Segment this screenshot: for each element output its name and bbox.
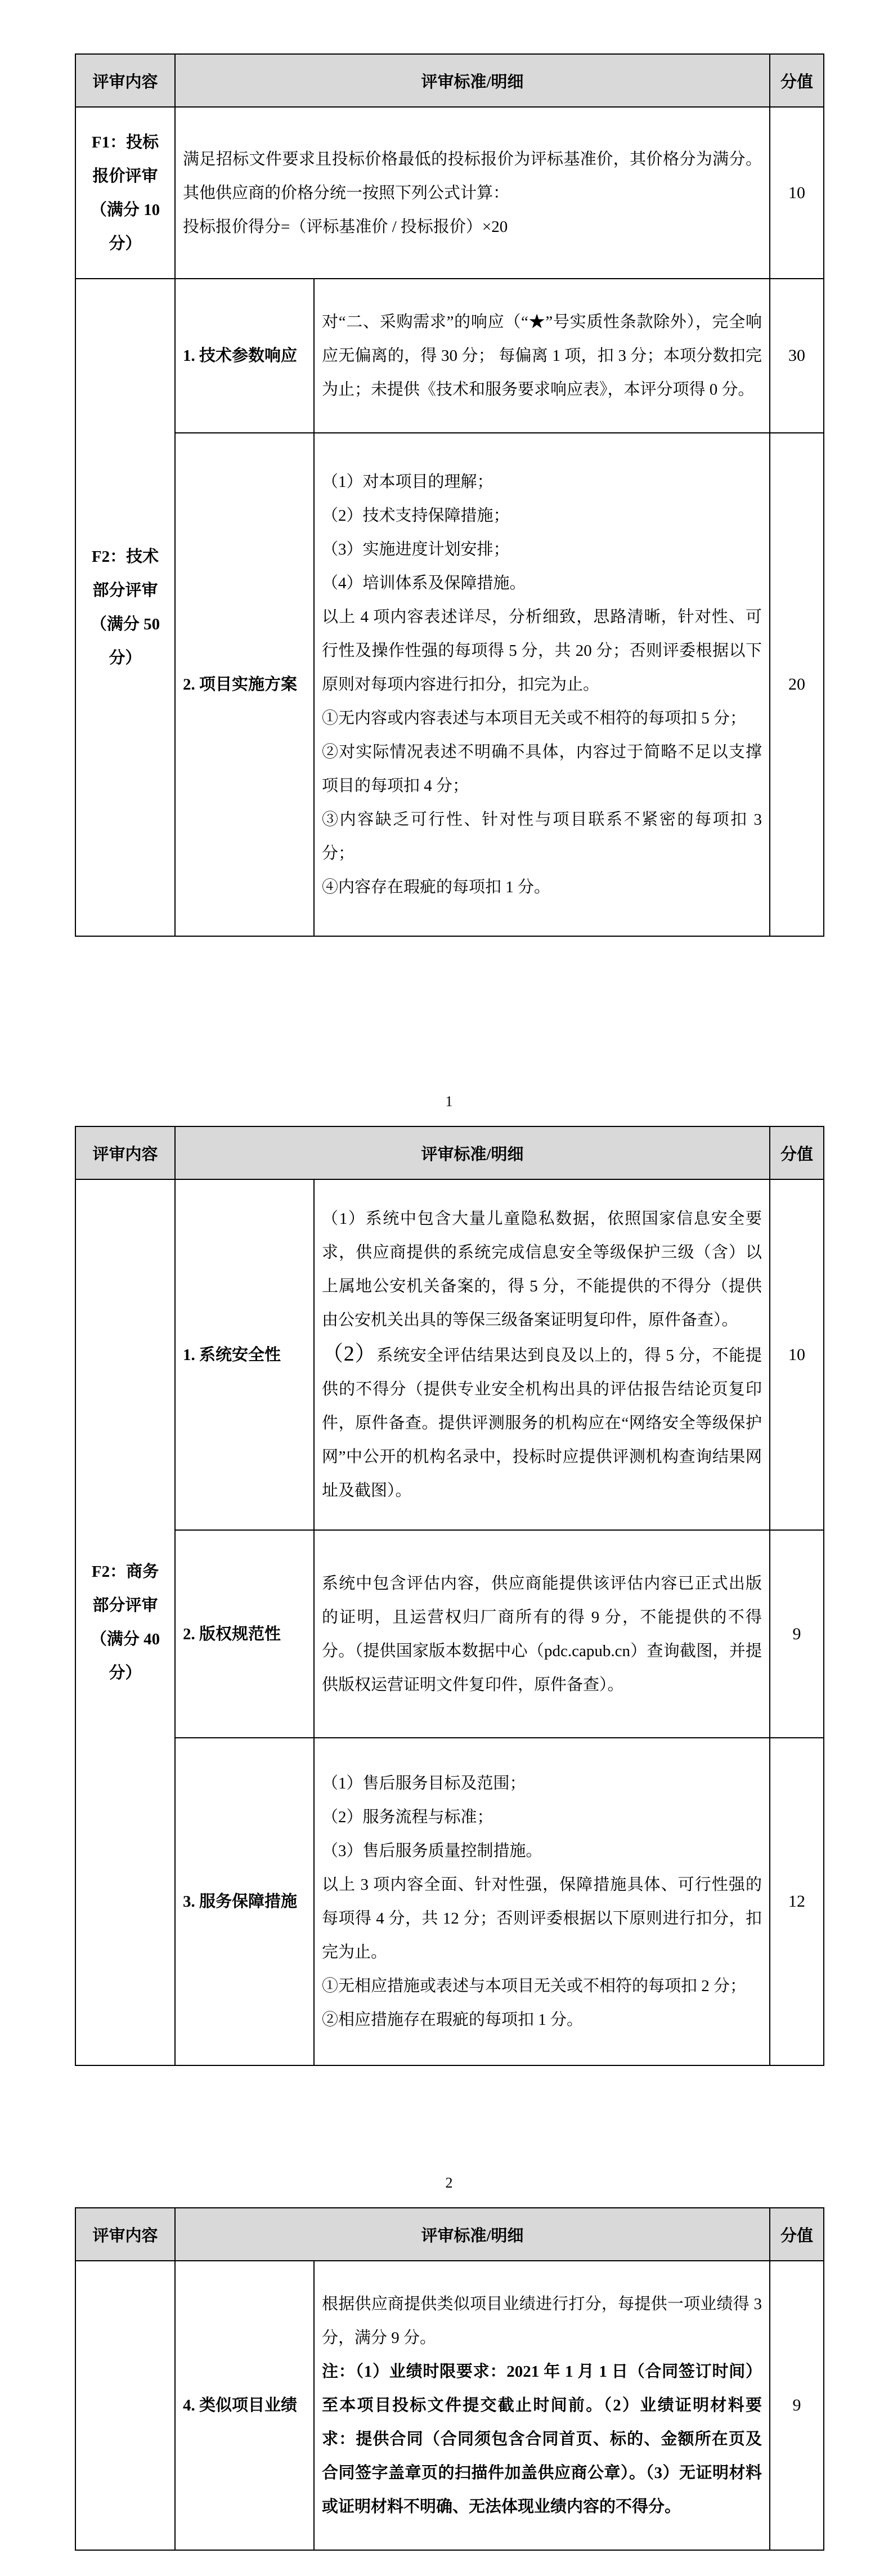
criteria-paragraph: （4）培训体系及保障措施。 [322,566,762,600]
f2-technical-label-line: （满分 50 [79,607,171,641]
page-number-1: 1 [75,1093,823,1110]
f1-label-cell: F1：投标 报价评审 （满分 10 分） [75,107,175,279]
f2-commercial-label-line: F2：商务 [79,1555,171,1589]
f2-commercial-label-cell: F2：商务 部分评审 （满分 40 分） [75,1179,175,2065]
score-cell-similar-project-performance: 9 [770,2261,824,2550]
f2-commercial-label-line: （满分 40 [79,1622,171,1656]
score-cell-technical-parameters: 30 [770,279,824,433]
score-cell-system-security: 10 [770,1179,824,1530]
criteria-cell-technical-parameters: 对“二、采购需求”的响应（“★”号实质性条款除外），完全响应无偏离的，得 30 … [314,279,770,433]
evaluation-table-page3: 评审内容 评审标准/明细 分值 4. 类似项目业绩 根据供应商提供类似项目业绩进… [75,2207,824,2551]
f2-technical-label-line: 分） [79,641,171,675]
item-label-copyright-compliance: 2. 版权规范性 [175,1530,314,1738]
table1-header-row: 评审内容 评审标准/明细 分值 [75,54,824,107]
table3-header-row: 评审内容 评审标准/明细 分值 [75,2208,824,2261]
paragraph-lead: （2） [322,1342,376,1366]
criteria-cell-implementation-plan: （1）对本项目的理解； （2）技术支持保障措施； （3）实施进度计划安排； （4… [314,433,770,936]
criteria-paragraph: 对“二、采购需求”的响应（“★”号实质性条款除外），完全响应无偏离的，得 30 … [322,305,762,406]
criteria-paragraph: （3）售后服务质量控制措施。 [322,1834,762,1868]
header-cell-score: 分值 [770,1126,824,1179]
criteria-paragraph: （3）实施进度计划安排； [322,533,762,566]
criteria-paragraph: ④内容存在瑕疵的每项扣 1 分。 [322,870,762,904]
criteria-paragraph: ②对实际情况表述不明确不具体，内容过于简略不足以支撑项目的每项扣 4 分； [322,735,762,803]
f2-technical-label-cell: F2：技术 部分评审 （满分 50 分） [75,279,175,936]
f2-technical-label-line: 部分评审 [79,574,171,607]
f1-label-line: （满分 10 [79,193,171,227]
header-cell-content: 评审内容 [75,1126,175,1179]
criteria-paragraph: 满足招标文件要求且投标价格最低的投标报价为评标基准价，其价格分为满分。其他供应商… [183,142,762,210]
criteria-cell-similar-project-performance: 根据供应商提供类似项目业绩进行打分，每提供一项业绩得 3 分，满分 9 分。 注… [314,2261,770,2550]
criteria-note-paragraph: 注：（1）业绩时限要求：2021 年 1 月 1 日（合同签订时间）至本项目投标… [322,2355,762,2524]
row-implementation-plan: 2. 项目实施方案 （1）对本项目的理解； （2）技术支持保障措施； （3）实施… [75,433,824,936]
header-cell-content: 评审内容 [75,54,175,107]
criteria-paragraph: 以上 3 项内容全面、针对性强，保障措施具体、可行性强的每项得 4 分，共 12… [322,1868,762,1969]
f1-label-line: F1：投标 [79,126,171,159]
row-system-security: F2：商务 部分评审 （满分 40 分） 1. 系统安全性 （1）系统中包含大量… [75,1179,824,1530]
score-cell-copyright-compliance: 9 [770,1530,824,1738]
criteria-paragraph: （1）对本项目的理解； [322,465,762,499]
criteria-paragraph: （1）系统中包含大量儿童隐私数据，依照国家信息安全要求，供应商提供的系统完成信息… [322,1202,762,1337]
header-cell-criteria: 评审标准/明细 [175,1126,770,1179]
score-cell-implementation-plan: 20 [770,433,824,936]
f1-label-line: 分） [79,227,171,261]
header-cell-content: 评审内容 [75,2208,175,2261]
row-f1-bid-price: F1：投标 报价评审 （满分 10 分） 满足招标文件要求且投标价格最低的投标报… [75,107,824,279]
item-label-system-security: 1. 系统安全性 [175,1179,314,1530]
item-label-service-guarantee: 3. 服务保障措施 [175,1738,314,2065]
criteria-paragraph: 系统中包含评估内容，供应商能提供该评估内容已正式出版的证明，且运营权归厂商所有的… [322,1567,762,1702]
f2-commercial-label-line: 部分评审 [79,1589,171,1622]
item-label-implementation-plan: 2. 项目实施方案 [175,433,314,936]
criteria-paragraph: ②相应措施存在瑕疵的每项扣 1 分。 [322,2003,762,2037]
header-cell-criteria: 评审标准/明细 [175,2208,770,2261]
criteria-paragraph: （1）售后服务目标及范围； [322,1766,762,1800]
f2-technical-label-line: F2：技术 [79,540,171,574]
page-number-2: 2 [75,2175,823,2192]
criteria-paragraph: ①无内容或内容表述与本项目无关或不相符的每项扣 5 分； [322,701,762,735]
f1-score-cell: 10 [770,107,824,279]
row-similar-project-performance: 4. 类似项目业绩 根据供应商提供类似项目业绩进行打分，每提供一项业绩得 3 分… [75,2261,824,2550]
f1-criteria-cell: 满足招标文件要求且投标价格最低的投标报价为评标基准价，其价格分为满分。其他供应商… [175,107,770,279]
row-service-guarantee: 3. 服务保障措施 （1）售后服务目标及范围； （2）服务流程与标准； （3）售… [75,1738,824,2065]
criteria-paragraph: 根据供应商提供类似项目业绩进行打分，每提供一项业绩得 3 分，满分 9 分。 [322,2287,762,2355]
empty-group-label-cell [75,2261,175,2550]
header-cell-score: 分值 [770,54,824,107]
criteria-paragraph: （2）服务流程与标准； [322,1800,762,1834]
criteria-paragraph: （2）系统安全评估结果达到良及以上的，得 5 分，不能提供的不得分（提供专业安全… [322,1337,762,1508]
evaluation-table-page2: 评审内容 评审标准/明细 分值 F2：商务 部分评审 （满分 40 分） 1. … [75,1126,824,2066]
evaluation-table-page1: 评审内容 评审标准/明细 分值 F1：投标 报价评审 （满分 10 分） 满足招… [75,53,824,937]
item-label-similar-project-performance: 4. 类似项目业绩 [175,2261,314,2550]
criteria-cell-service-guarantee: （1）售后服务目标及范围； （2）服务流程与标准； （3）售后服务质量控制措施。… [314,1738,770,2065]
f1-label-line: 报价评审 [79,159,171,193]
price-formula: 投标报价得分=（评标基准价 / 投标报价）×20 [183,210,762,244]
item-label-technical-parameters: 1. 技术参数响应 [175,279,314,433]
criteria-cell-copyright-compliance: 系统中包含评估内容，供应商能提供该评估内容已正式出版的证明，且运营权归厂商所有的… [314,1530,770,1738]
criteria-cell-system-security: （1）系统中包含大量儿童隐私数据，依照国家信息安全要求，供应商提供的系统完成信息… [314,1179,770,1530]
table2-header-row: 评审内容 评审标准/明细 分值 [75,1126,824,1179]
criteria-paragraph: 以上 4 项内容表述详尽，分析细致，思路清晰，针对性、可行性及操作性强的每项得 … [322,600,762,701]
criteria-paragraph: ③内容缺乏可行性、针对性与项目联系不紧密的每项扣 3 分； [322,803,762,870]
criteria-paragraph: （2）技术支持保障措施； [322,499,762,533]
row-technical-parameters: F2：技术 部分评审 （满分 50 分） 1. 技术参数响应 对“二、采购需求”… [75,279,824,433]
header-cell-score: 分值 [770,2208,824,2261]
criteria-paragraph: ①无相应措施或表述与本项目无关或不相符的每项扣 2 分； [322,1969,762,2003]
f2-commercial-label-line: 分） [79,1656,171,1690]
score-cell-service-guarantee: 12 [770,1738,824,2065]
paragraph-text: 系统安全评估结果达到良及以上的，得 5 分，不能提供的不得分（提供专业安全机构出… [322,1347,762,1500]
row-copyright-compliance: 2. 版权规范性 系统中包含评估内容，供应商能提供该评估内容已正式出版的证明，且… [75,1530,824,1738]
document-page: 评审内容 评审标准/明细 分值 F1：投标 报价评审 （满分 10 分） 满足招… [75,0,823,2576]
header-cell-criteria: 评审标准/明细 [175,54,770,107]
